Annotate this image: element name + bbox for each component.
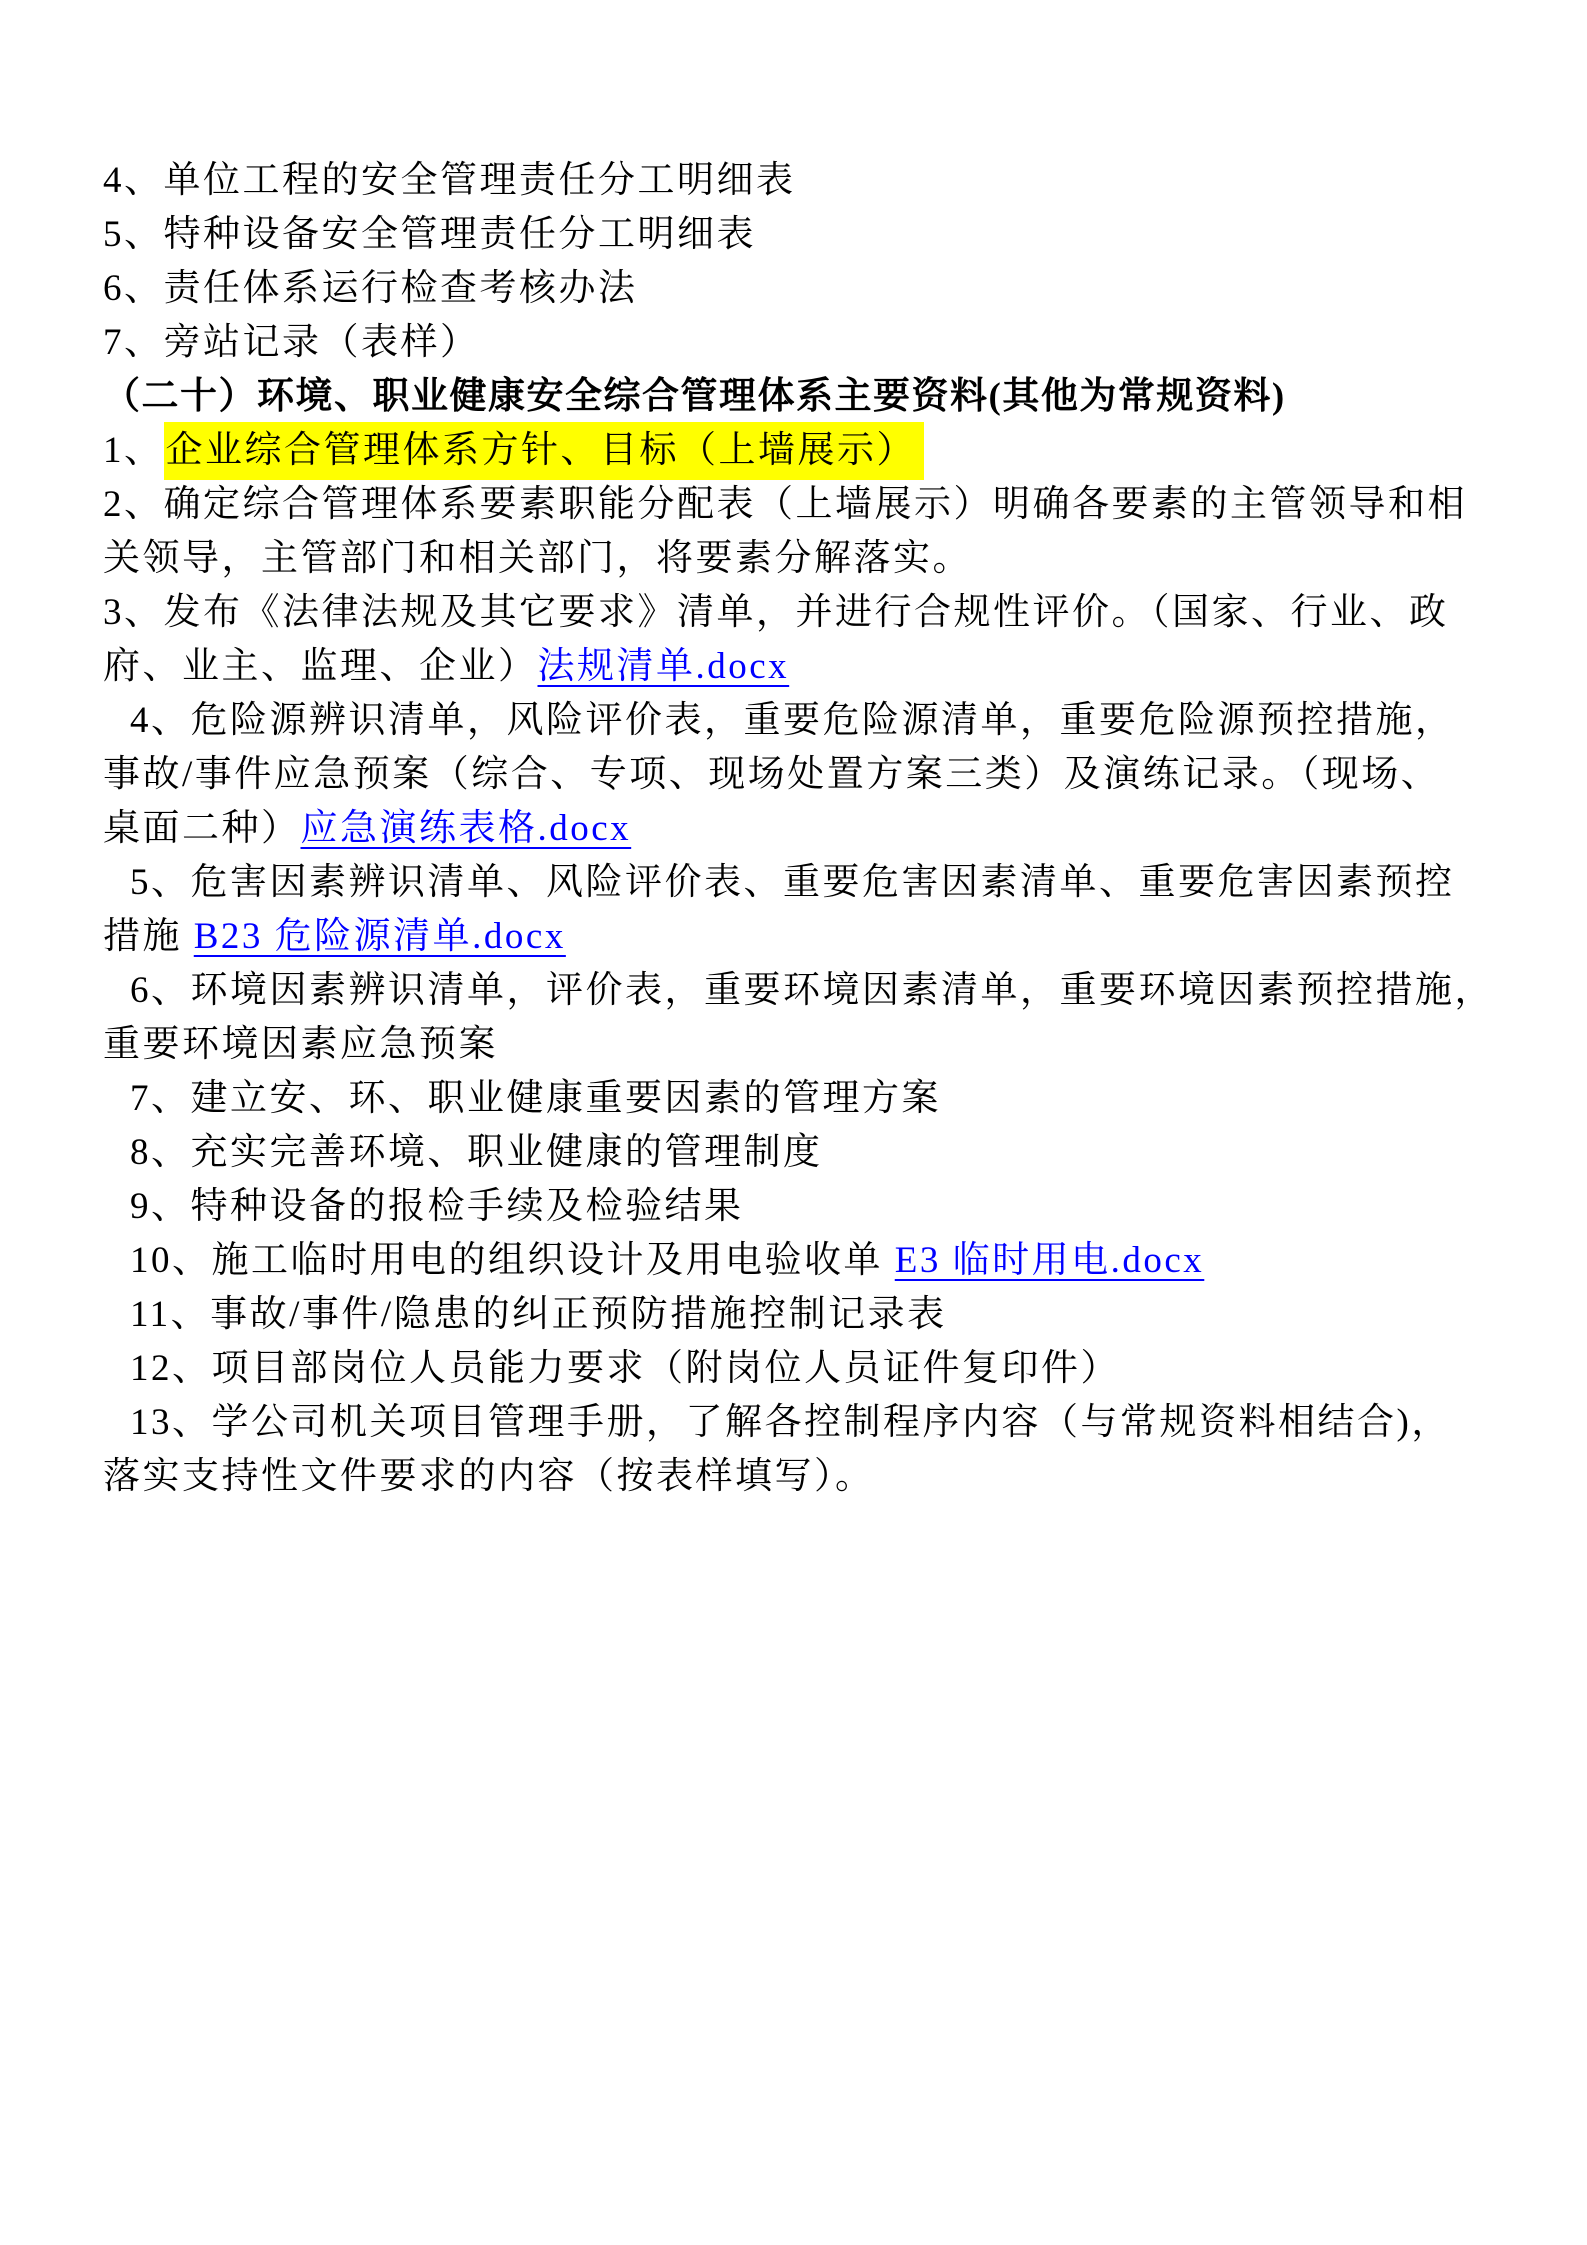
text-line: 11、事故/事件/隐患的纠正预防措施控制记录表 [103,1288,1497,1342]
hyperlink[interactable]: E3 临时用电.docx [895,1240,1205,1281]
text-segment: 2、确定综合管理体系要素职能分配表（上墙展示）明确各要素的主管领导和相 [103,484,1467,525]
text-line: 府、业主、监理、企业）法规清单.docx [103,640,1497,694]
hyperlink[interactable]: 应急演练表格.docx [301,808,632,849]
text-line: 7、旁站记录（表样） [103,316,1497,370]
text-segment: 措施 [103,916,194,957]
text-line: 2、确定综合管理体系要素职能分配表（上墙展示）明确各要素的主管领导和相 [103,478,1497,532]
text-segment: 12、项目部岗位人员能力要求（附岗位人员证件复印件） [130,1348,1120,1389]
text-segment: 关领导，主管部门和相关部门，将要素分解落实。 [103,538,972,579]
text-segment: 4、单位工程的安全管理责任分工明细表 [103,160,796,201]
text-segment: 桌面二种） [103,808,301,849]
text-segment: 11、事故/事件/隐患的纠正预防措施控制记录表 [130,1294,947,1335]
text-segment: 5、危害因素辨识清单、风险评价表、重要危害因素清单、重要危害因素预控 [130,862,1455,903]
text-line: 落实支持性文件要求的内容（按表样填写）。 [103,1450,1497,1504]
text-segment: 重要环境因素应急预案 [103,1024,498,1065]
text-line: 4、单位工程的安全管理责任分工明细表 [103,154,1497,208]
text-segment: 事故/事件应急预案（综合、专项、现场处置方案三类）及演练记录。（现场、 [103,754,1440,795]
text-segment: 6、环境因素辨识清单，评价表，重要环境因素清单，重要环境因素预控措施， [130,970,1494,1011]
text-segment: 9、特种设备的报检手续及检验结果 [130,1186,744,1227]
text-line: 重要环境因素应急预案 [103,1018,1497,1072]
hyperlink[interactable]: 法规清单.docx [538,646,790,687]
text-line: 8、充实完善环境、职业健康的管理制度 [103,1126,1497,1180]
text-line: 事故/事件应急预案（综合、专项、现场处置方案三类）及演练记录。（现场、 [103,748,1497,802]
text-segment: 1、 [103,430,164,471]
text-line: 10、施工临时用电的组织设计及用电验收单 E3 临时用电.docx [103,1234,1497,1288]
text-line: 7、建立安、环、职业健康重要因素的管理方案 [103,1072,1497,1126]
text-segment: （二十）环境、职业健康安全综合管理体系主要资料(其他为常规资料) [103,376,1286,417]
text-line: 12、项目部岗位人员能力要求（附岗位人员证件复印件） [103,1342,1497,1396]
text-segment: 3、发布《法律法规及其它要求》清单，并进行合规性评价。（国家、行业、政 [103,592,1449,633]
text-line: 9、特种设备的报检手续及检验结果 [103,1180,1497,1234]
text-segment: 10、施工临时用电的组织设计及用电验收单 [130,1240,895,1281]
hyperlink[interactable]: B23 危险源清单.docx [194,916,566,957]
text-line: 1、企业综合管理体系方针、目标（上墙展示） [103,424,1497,478]
text-line: 4、危险源辨识清单，风险评价表，重要危险源清单，重要危险源预控措施， [103,694,1497,748]
text-segment: 13、学公司机关项目管理手册，了解各控制程序内容（与常规资料相结合)， [130,1402,1451,1443]
text-line: 3、发布《法律法规及其它要求》清单，并进行合规性评价。（国家、行业、政 [103,586,1497,640]
text-line: 措施 B23 危险源清单.docx [103,910,1497,964]
text-segment: 8、充实完善环境、职业健康的管理制度 [130,1132,823,1173]
text-line: 桌面二种）应急演练表格.docx [103,802,1497,856]
text-segment: 7、建立安、环、职业健康重要因素的管理方案 [130,1078,941,1119]
document-page: 4、单位工程的安全管理责任分工明细表5、特种设备安全管理责任分工明细表6、责任体… [0,0,1587,2245]
highlighted-text: 企业综合管理体系方针、目标（上墙展示） [164,422,925,480]
section-heading: （二十）环境、职业健康安全综合管理体系主要资料(其他为常规资料) [103,370,1497,424]
text-segment: 7、旁站记录（表样） [103,322,480,363]
text-segment: 府、业主、监理、企业） [103,646,538,687]
text-line: 6、环境因素辨识清单，评价表，重要环境因素清单，重要环境因素预控措施， [103,964,1497,1018]
text-line: 13、学公司机关项目管理手册，了解各控制程序内容（与常规资料相结合)， [103,1396,1497,1450]
text-line: 5、特种设备安全管理责任分工明细表 [103,208,1497,262]
document-content: 4、单位工程的安全管理责任分工明细表5、特种设备安全管理责任分工明细表6、责任体… [0,0,1587,1504]
text-line: 6、责任体系运行检查考核办法 [103,262,1497,316]
text-segment: 落实支持性文件要求的内容（按表样填写）。 [103,1456,875,1497]
text-segment: 4、危险源辨识清单，风险评价表，重要危险源清单，重要危险源预控措施， [130,700,1455,741]
text-line: 5、危害因素辨识清单、风险评价表、重要危害因素清单、重要危害因素预控 [103,856,1497,910]
text-segment: 5、特种设备安全管理责任分工明细表 [103,214,756,255]
text-segment: 6、责任体系运行检查考核办法 [103,268,638,309]
text-line: 关领导，主管部门和相关部门，将要素分解落实。 [103,532,1497,586]
